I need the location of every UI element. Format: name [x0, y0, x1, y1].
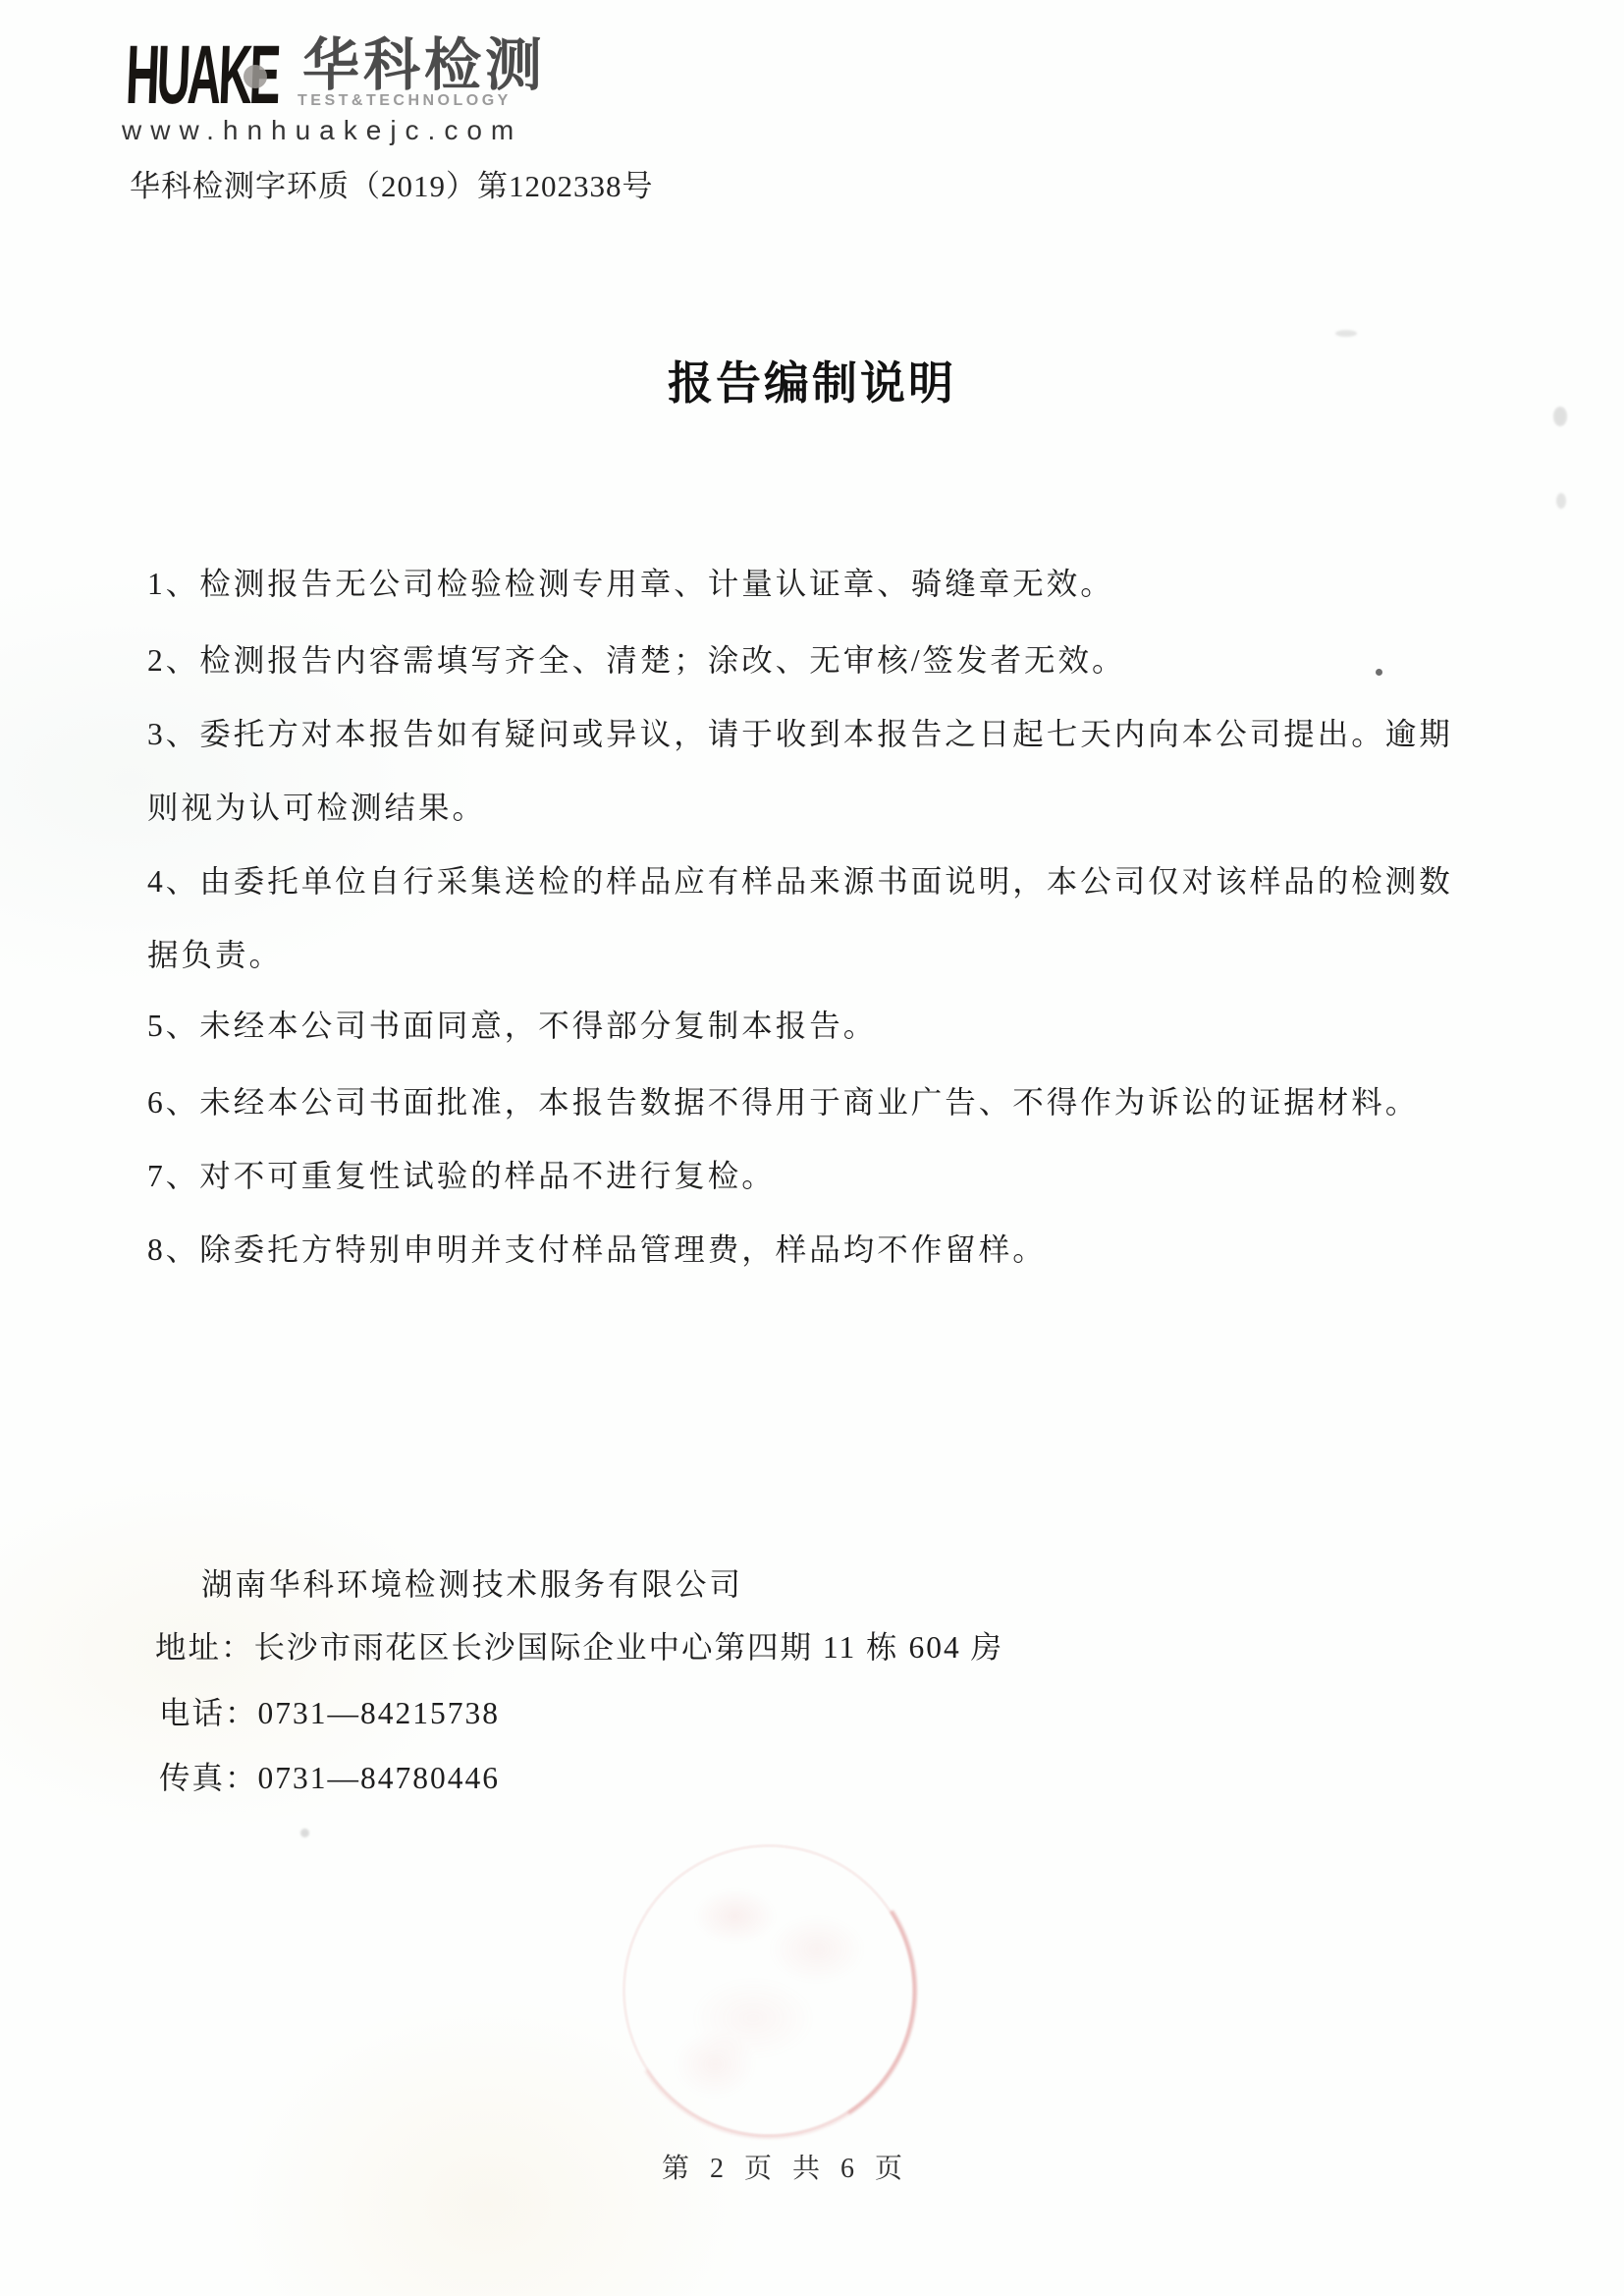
company-address: 地址：长沙市雨花区长沙国际企业中心第四期 11 栋 604 房	[155, 1623, 1003, 1667]
logo-counter-dot-icon	[244, 65, 267, 88]
note-line-3: 3、委托方对本报告如有疑问或异议，请于收到本报告之日起七天内向本公司提出。逾期	[147, 716, 1522, 753]
note-line-2: 2、检测报告内容需填写齐全、清楚；涂改、无审核/签发者无效。	[147, 642, 1522, 680]
scan-speck	[1556, 493, 1566, 509]
note-line-8: 8、除委托方特别申明并支付样品管理费，样品均不作留样。	[147, 1231, 1522, 1269]
note-line-5: 5、未经本公司书面同意，不得部分复制本报告。	[147, 1008, 1522, 1045]
company-phone: 电话：0731—84215738	[159, 1689, 500, 1733]
red-seal-stamp-haze	[638, 1860, 893, 2115]
note-line-4: 4、由委托单位自行采集送检的样品应有样品来源书面说明，本公司仅对该样品的检测数	[147, 863, 1522, 901]
page-number: 第 2 页 共 6 页	[0, 2147, 1571, 2186]
report-page: HUAKE 华科检测 TEST&TECHNOLOGY www.hnhuakejc…	[0, 0, 1624, 2296]
company-fax: 传真：0731—84780446	[159, 1754, 500, 1798]
note-line-7: 7、对不可重复性试验的样品不进行复检。	[147, 1158, 1522, 1195]
note-line-3-continued: 则视为认可检测结果。	[147, 790, 1522, 827]
note-line-4-continued: 据负责。	[147, 937, 1522, 974]
logo-subtitle: TEST&TECHNOLOGY	[298, 92, 512, 110]
scan-speck	[1553, 407, 1567, 426]
scan-speck	[300, 1829, 309, 1837]
page-title: 报告编制说明	[0, 348, 1624, 412]
report-number: 华科检测字环质（2019）第1202338号	[130, 161, 654, 205]
scan-speck	[1376, 669, 1382, 676]
company-name: 湖南华科环境检测技术服务有限公司	[201, 1560, 743, 1605]
logo-chinese-name: 华科检测	[302, 37, 546, 94]
scan-speck	[1335, 330, 1357, 337]
note-line-1: 1、检测报告无公司检验检测专用章、计量认证章、骑缝章无效。	[147, 566, 1522, 603]
note-line-6: 6、未经本公司书面批准，本报告数据不得用于商业广告、不得作为诉讼的证据材料。	[147, 1084, 1522, 1121]
company-website: www.hnhuakejc.com	[122, 115, 522, 146]
